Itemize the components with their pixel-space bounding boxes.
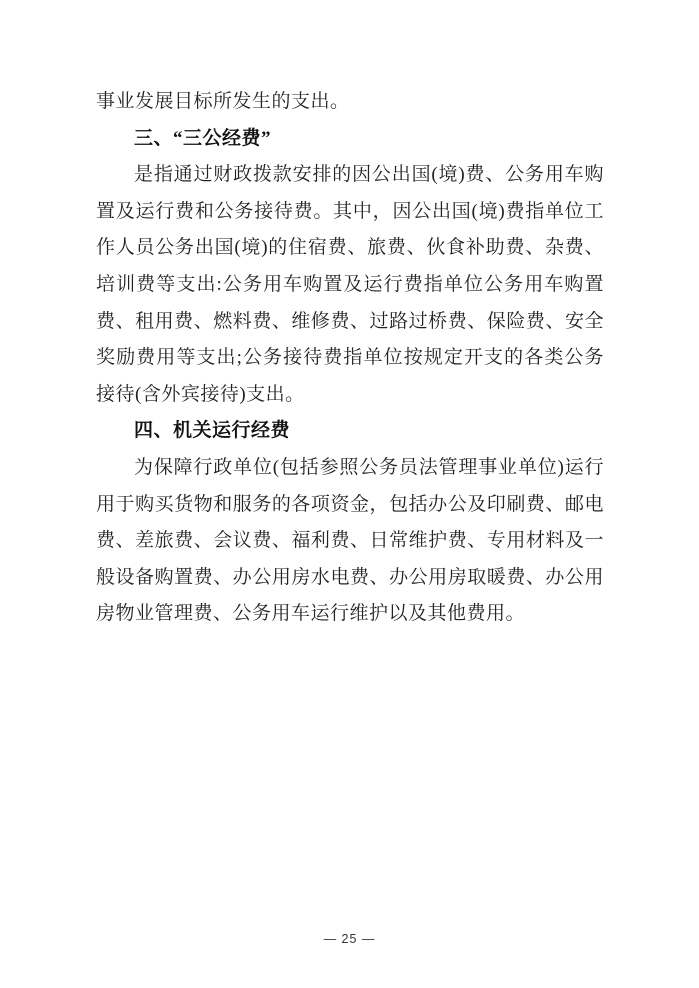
document-body: 事业发展目标所发生的支出。 三、“三公经费” 是指通过财政拨款安排的因公出国(境… (96, 84, 604, 633)
page-number: — 25 — (324, 932, 376, 946)
heading-three-public-funds: 三、“三公经费” (96, 121, 604, 158)
paragraph-continuation: 事业发展目标所发生的支出。 (96, 84, 604, 121)
paragraph-three-public-funds-definition: 是指通过财政拨款安排的因公出国(境)费、公务用车购置及运行费和公务接待费。其中，… (96, 157, 604, 413)
paragraph-agency-operating-funds-definition: 为保障行政单位(包括参照公务员法管理事业单位)运行用于购买货物和服务的各项资金，… (96, 450, 604, 633)
heading-agency-operating-funds: 四、机关运行经费 (96, 413, 604, 450)
document-page: 事业发展目标所发生的支出。 三、“三公经费” 是指通过财政拨款安排的因公出国(境… (0, 0, 699, 988)
page-footer: — 25 — (0, 930, 699, 948)
